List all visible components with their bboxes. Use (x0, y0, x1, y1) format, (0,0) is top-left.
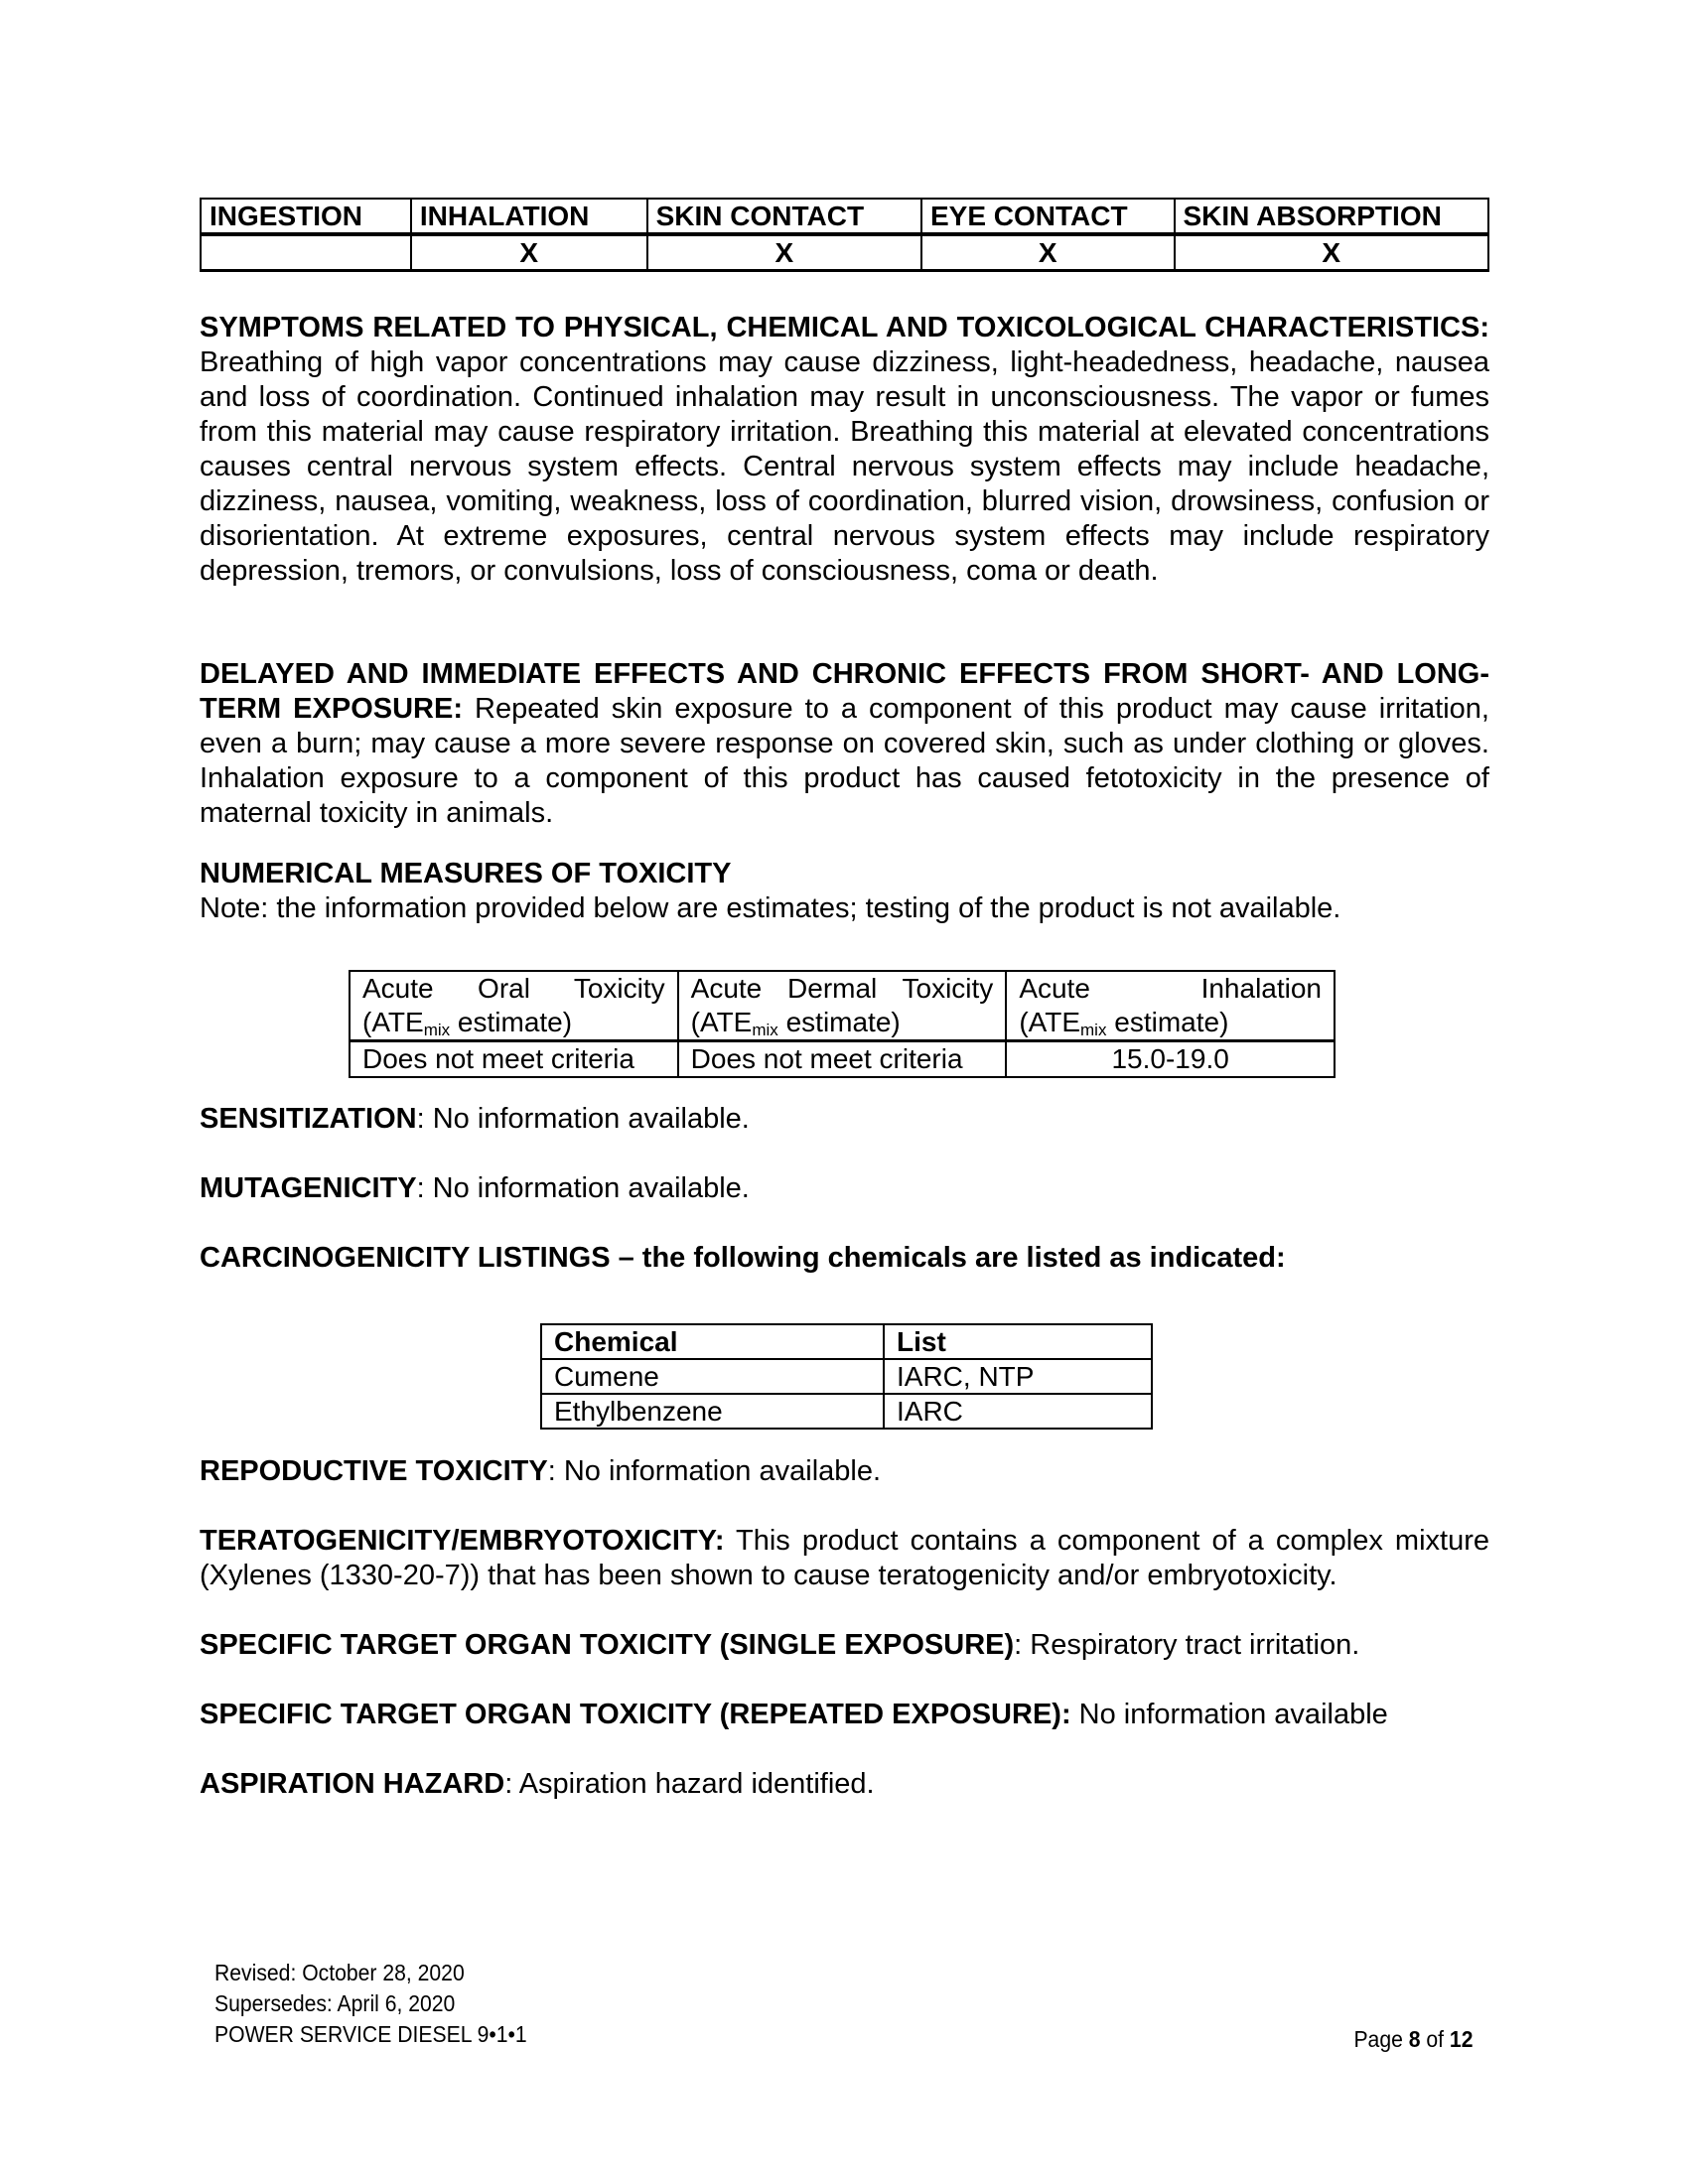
dermal-ate-label: (ATEmix estimate) (691, 1007, 901, 1037)
page-of: of (1420, 2026, 1449, 2052)
dermal-title: Acute Dermal Toxicity (691, 972, 994, 1006)
page-number: Page 8 of 12 (1353, 2024, 1473, 2055)
header-dermal-toxicity: Acute Dermal Toxicity (ATEmix estimate) (678, 971, 1007, 1041)
footer-product-name: POWER SERVICE DIESEL 9•1•1 (214, 2019, 527, 2050)
carcinogenicity-section: CARCINOGENICITY LISTINGS – the following… (200, 1241, 1489, 1276)
chemical-list: IARC, NTP (884, 1359, 1152, 1394)
header-inhalation-toxicity: Acute Inhalation (ATEmix estimate) (1006, 971, 1335, 1041)
table-header-row: Acute Oral Toxicity (ATEmix estimate) Ac… (350, 971, 1335, 1041)
stot-repeated-text: No information available (1071, 1699, 1388, 1730)
mutagenicity-text: : No information available. (417, 1172, 750, 1204)
header-inhalation: INHALATION (411, 199, 647, 234)
footer-revised: Revised: October 28, 2020 (214, 1958, 465, 1988)
mutagenicity-section: MUTAGENICITY: No information available. (200, 1171, 1489, 1206)
table-row: Cumene IARC, NTP (541, 1359, 1152, 1394)
teratogenicity-section: TERATOGENICITY/EMBRYOTOXICITY: This prod… (200, 1524, 1489, 1593)
inhalation-value: 15.0-19.0 (1006, 1041, 1335, 1078)
inhalation-title: Acute Inhalation (1019, 972, 1322, 1006)
table-header-row: INGESTION INHALATION SKIN CONTACT EYE CO… (201, 199, 1488, 234)
symptoms-heading: SYMPTOMS RELATED TO PHYSICAL, CHEMICAL A… (200, 312, 1489, 343)
numerical-measures-note: Note: the information provided below are… (200, 891, 1489, 926)
delayed-effects-section: DELAYED AND IMMEDIATE EFFECTS AND CHRONI… (200, 657, 1489, 831)
table-row: X X X X (201, 234, 1488, 271)
dermal-value: Does not meet criteria (678, 1041, 1007, 1078)
header-skin-absorption: SKIN ABSORPTION (1175, 199, 1489, 234)
table-row: Ethylbenzene IARC (541, 1394, 1152, 1429)
sensitization-heading: SENSITIZATION (200, 1103, 417, 1135)
reproductive-toxicity-heading: REPODUCTIVE TOXICITY (200, 1455, 548, 1487)
header-skin-contact: SKIN CONTACT (647, 199, 921, 234)
table-header-row: Chemical List (541, 1324, 1152, 1359)
mark-eye-contact: X (921, 234, 1175, 271)
aspiration-hazard-heading: ASPIRATION HAZARD (200, 1768, 504, 1800)
chemical-name: Cumene (541, 1359, 884, 1394)
header-list: List (884, 1324, 1152, 1359)
stot-repeated-heading: SPECIFIC TARGET ORGAN TOXICITY (REPEATED… (200, 1699, 1071, 1730)
symptoms-text: Breathing of high vapor concentrations m… (200, 346, 1489, 587)
page-total: 12 (1449, 2026, 1473, 2052)
mutagenicity-heading: MUTAGENICITY (200, 1172, 417, 1204)
reproductive-toxicity-text: : No information available. (548, 1455, 881, 1487)
carcinogenicity-heading: CARCINOGENICITY LISTINGS – the following… (200, 1242, 1286, 1274)
header-eye-contact: EYE CONTACT (921, 199, 1175, 234)
stot-repeated-section: SPECIFIC TARGET ORGAN TOXICITY (REPEATED… (200, 1698, 1489, 1732)
chemical-name: Ethylbenzene (541, 1394, 884, 1429)
teratogenicity-heading: TERATOGENICITY/EMBRYOTOXICITY: (200, 1525, 724, 1557)
aspiration-hazard-text: : Aspiration hazard identified. (504, 1768, 874, 1800)
header-oral-toxicity: Acute Oral Toxicity (ATEmix estimate) (350, 971, 678, 1041)
stot-single-text: : Respiratory tract irritation. (1014, 1629, 1359, 1661)
oral-value: Does not meet criteria (350, 1041, 678, 1078)
numerical-measures-title: NUMERICAL MEASURES OF TOXICITY (200, 858, 731, 889)
mark-skin-absorption: X (1175, 234, 1489, 271)
mark-skin-contact: X (647, 234, 921, 271)
page-current: 8 (1408, 2026, 1420, 2052)
numerical-measures-heading: NUMERICAL MEASURES OF TOXICITY (200, 857, 1489, 891)
table-row: Does not meet criteria Does not meet cri… (350, 1041, 1335, 1078)
oral-title: Acute Oral Toxicity (362, 972, 665, 1006)
exposure-routes-table: INGESTION INHALATION SKIN CONTACT EYE CO… (200, 198, 1489, 272)
page-prefix: Page (1353, 2026, 1408, 2052)
symptoms-section: SYMPTOMS RELATED TO PHYSICAL, CHEMICAL A… (200, 311, 1489, 589)
header-chemical: Chemical (541, 1324, 884, 1359)
oral-ate-label: (ATEmix estimate) (362, 1007, 572, 1037)
sensitization-text: : No information available. (417, 1103, 750, 1135)
inhalation-ate-label: (ATEmix estimate) (1019, 1007, 1228, 1037)
stot-single-heading: SPECIFIC TARGET ORGAN TOXICITY (SINGLE E… (200, 1629, 1014, 1661)
sensitization-section: SENSITIZATION: No information available. (200, 1102, 1489, 1137)
carcinogenicity-table: Chemical List Cumene IARC, NTP Ethylbenz… (540, 1323, 1153, 1430)
footer-supersedes: Supersedes: April 6, 2020 (214, 1988, 455, 2019)
mark-ingestion (201, 234, 411, 271)
aspiration-hazard-section: ASPIRATION HAZARD: Aspiration hazard ide… (200, 1767, 1489, 1802)
mark-inhalation: X (411, 234, 647, 271)
header-ingestion: INGESTION (201, 199, 411, 234)
stot-single-section: SPECIFIC TARGET ORGAN TOXICITY (SINGLE E… (200, 1628, 1489, 1663)
toxicity-estimates-table: Acute Oral Toxicity (ATEmix estimate) Ac… (349, 970, 1336, 1078)
chemical-list: IARC (884, 1394, 1152, 1429)
reproductive-toxicity-section: REPODUCTIVE TOXICITY: No information ava… (200, 1454, 1489, 1489)
